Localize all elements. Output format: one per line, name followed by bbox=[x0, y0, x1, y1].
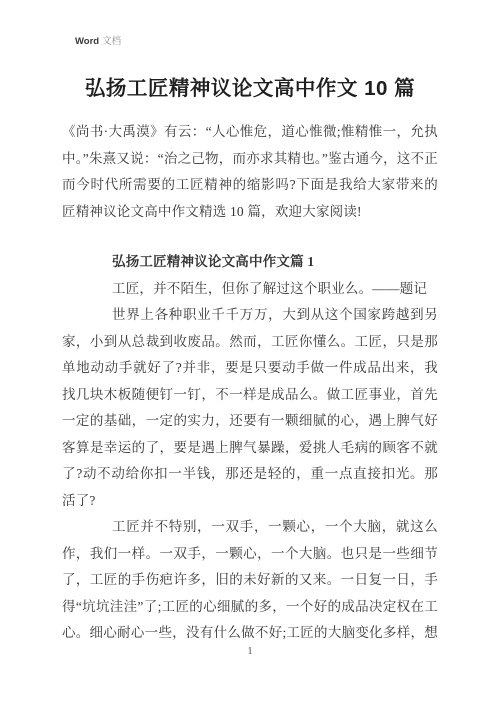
text-line: 单地动动手就好了?并非，要是只要动手做一件成品出来，我也会， bbox=[62, 355, 438, 382]
text-line: 《尚书·大禹漠》有云：“人心惟危，道心惟微;惟精惟一，允执厥 bbox=[62, 119, 438, 146]
text-line: 得“坑坑洼洼”了;工匠的心细腻的多，一个好的成品决定权在工匠的 bbox=[62, 594, 438, 621]
page-number: 1 bbox=[0, 645, 500, 659]
text-line: 匠精神议论文高中作文精选 10 篇，欢迎大家阅读! bbox=[62, 199, 438, 226]
text-line: 弘扬工匠精神议论文高中作文篇 1 bbox=[62, 249, 438, 276]
text-line: 了，工匠的手伤疤许多，旧的未好新的又来。一日复一日，手就变 bbox=[62, 567, 438, 594]
document-page: Word文档 弘扬工匠精神议论文高中作文 10 篇 《尚书·大禹漠》有云：“人心… bbox=[0, 0, 500, 707]
paragraph: 工匠并不特别，一双手，一颗心，一个大脑，就这么做着工作，我们一样。一双手，一颗心… bbox=[62, 514, 438, 647]
document-title: 弘扬工匠精神议论文高中作文 10 篇 bbox=[0, 75, 500, 103]
paragraph: 工匠，并不陌生，但你了解过这个职业么。——题记 bbox=[62, 276, 438, 303]
brand-mark: Word文档 bbox=[75, 36, 121, 47]
text-line: 作，我们一样。一双手，一颗心，一个大脑。也只是一些细节罢 bbox=[62, 541, 438, 568]
text-line: 家，小到从总裁到收废品。然而，工匠你懂么。工匠，只是那么简 bbox=[62, 329, 438, 356]
text-line: 客算是幸运的了，要是遇上脾气暴躁，爱挑人毛病的顾客不就倒霉 bbox=[62, 435, 438, 462]
text-line: 心。细心耐心一些，没有什么做不好;工匠的大脑变化多样，想象力 bbox=[62, 620, 438, 647]
text-line: 活了? bbox=[62, 488, 438, 515]
brand-word-label: Word bbox=[75, 36, 99, 47]
brand-suffix-label: 文档 bbox=[102, 36, 121, 47]
text-line: 工匠，并不陌生，但你了解过这个职业么。——题记 bbox=[62, 276, 438, 303]
paragraph: 世界上各种职业千千万万，大到从这个国家跨越到另一个国家，小到从总裁到收废品。然而… bbox=[62, 302, 438, 514]
text-line: 世界上各种职业千千万万，大到从这个国家跨越到另一个国 bbox=[62, 302, 438, 329]
text-line: 了?动不动给你扣一半钱，那还是轻的，重一点直接扣光。那还活不 bbox=[62, 461, 438, 488]
text-line: 工匠并不特别，一双手，一颗心，一个大脑，就这么做着工 bbox=[62, 514, 438, 541]
text-line: 一定的基础，一定的实力，还要有一颗细腻的心，遇上脾气好的顾 bbox=[62, 408, 438, 435]
section-heading: 弘扬工匠精神议论文高中作文篇 1 bbox=[62, 249, 438, 276]
paragraph: 《尚书·大禹漠》有云：“人心惟危，道心惟微;惟精惟一，允执厥中。”朱熹又说：“治… bbox=[62, 119, 438, 225]
document-body: 《尚书·大禹漠》有云：“人心惟危，道心惟微;惟精惟一，允执厥中。”朱熹又说：“治… bbox=[62, 119, 438, 647]
text-line: 找几块木板随便钉一钉，不一样是成品么。做工匠事业，首先得有 bbox=[62, 382, 438, 409]
text-line: 中。”朱熹又说：“治之己物，而亦求其精也。”鉴古通今，这不正是 bbox=[62, 146, 438, 173]
text-line: 而今时代所需要的工匠精神的缩影吗?下面是我给大家带来的弘扬工 bbox=[62, 172, 438, 199]
